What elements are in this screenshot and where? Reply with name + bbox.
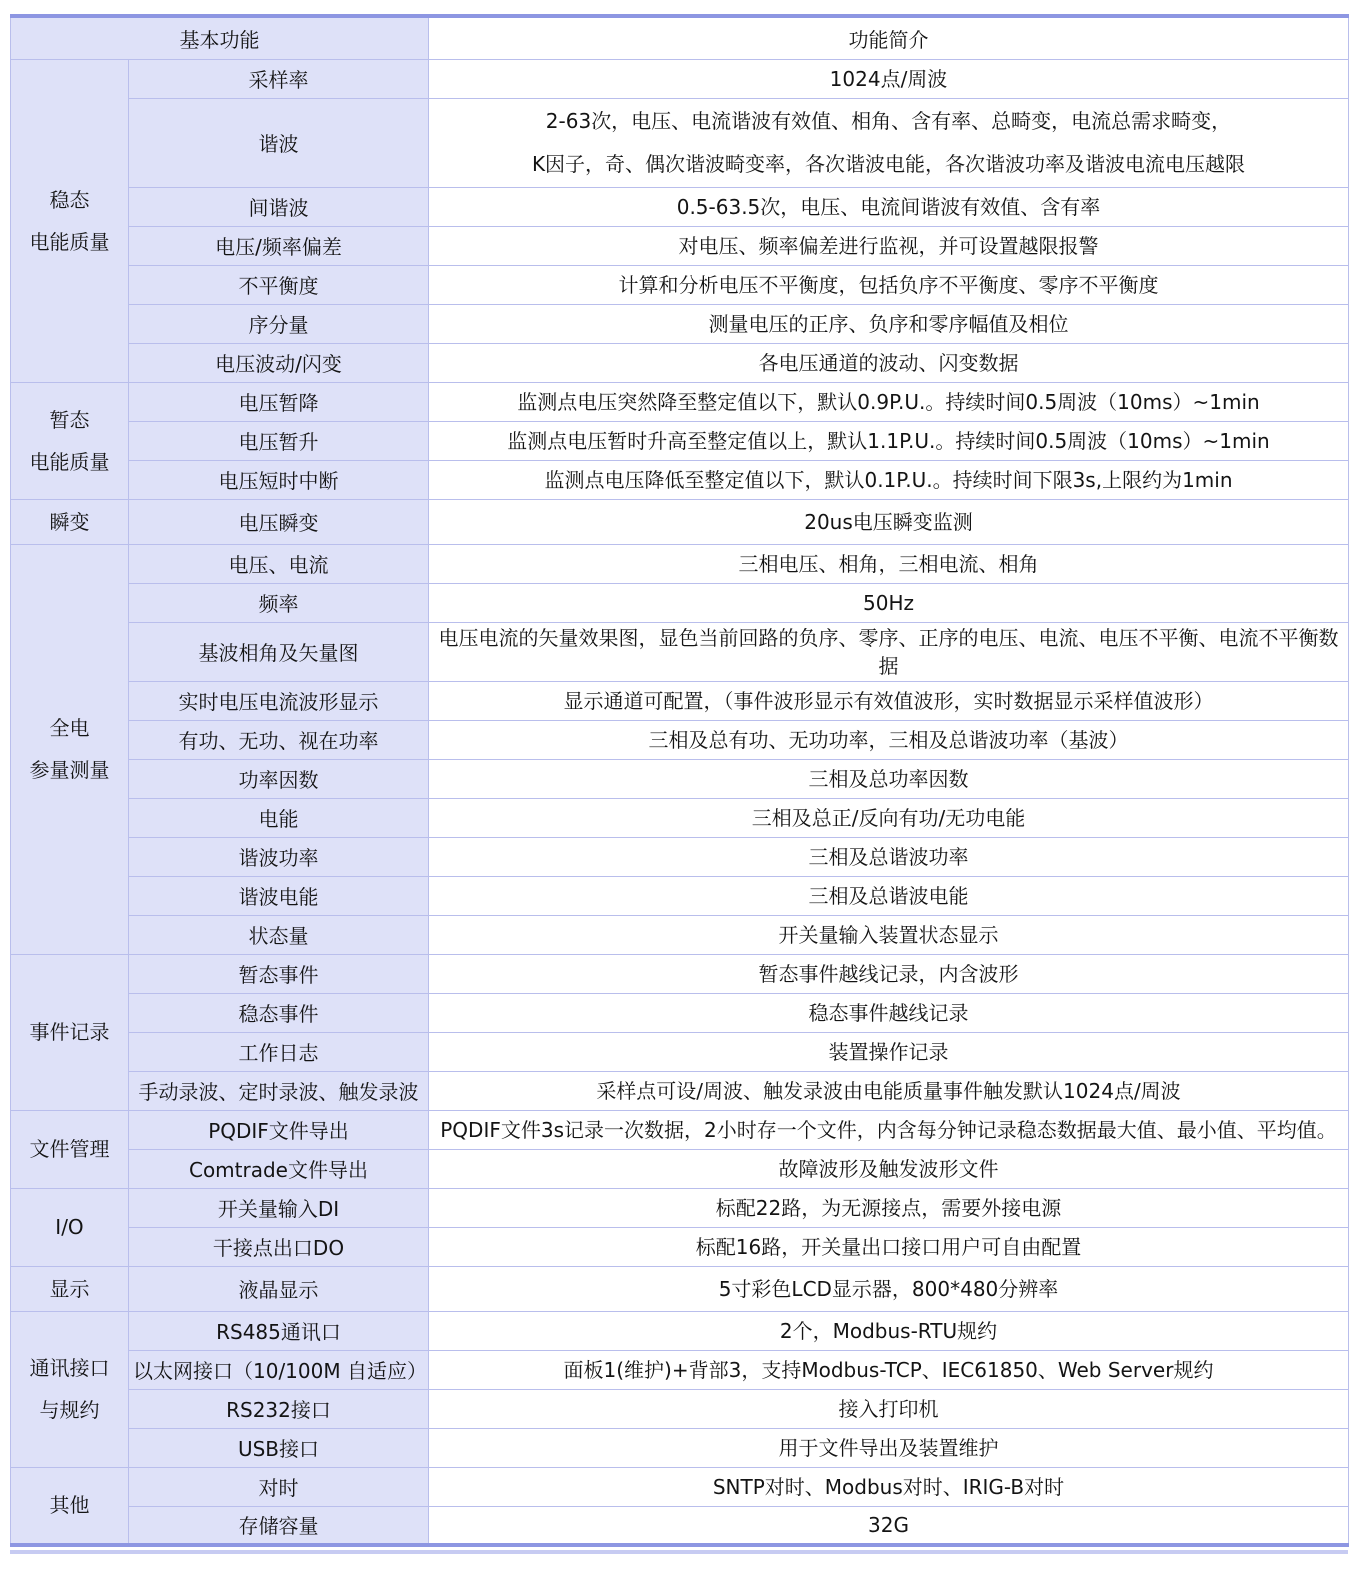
table-row: 间谐波0.5-63.5次，电压、电流间谐波有效值、含有率 [11, 187, 1349, 226]
feature-cell: 存储容量 [129, 1506, 429, 1545]
category-line: 暂态 [15, 399, 124, 441]
description-line: 装置操作记录 [433, 1038, 1344, 1066]
feature-cell: 工作日志 [129, 1032, 429, 1071]
description-line: 20us电压瞬变监测 [433, 508, 1344, 536]
feature-cell: 间谐波 [129, 187, 429, 226]
table-row: 谐波电能三相及总谐波电能 [11, 876, 1349, 915]
feature-cell: 电压短时中断 [129, 460, 429, 499]
description-line: 三相及总正/反向有功/无功电能 [433, 804, 1344, 832]
category-cell: 瞬变 [11, 499, 129, 544]
feature-cell: 电压瞬变 [129, 499, 429, 544]
category-line: 电能质量 [15, 441, 124, 483]
feature-cell: 暂态事件 [129, 954, 429, 993]
description-line: 三相及总谐波电能 [433, 882, 1344, 910]
description-cell: 2-63次，电压、电流谐波有效值、相角、含有率、总畸变，电流总需求畸变，K因子，… [429, 98, 1349, 187]
description-cell: 50Hz [429, 583, 1349, 622]
feature-cell: 功率因数 [129, 759, 429, 798]
description-line: 电压电流的矢量效果图，显色当前回路的负序、零序、正序的电压、电流、电压不平衡、电… [433, 624, 1344, 680]
description-cell: 32G [429, 1506, 1349, 1545]
description-cell: 接入打印机 [429, 1389, 1349, 1428]
category-cell: I/O [11, 1188, 129, 1266]
description-cell: 显示通道可配置，（事件波形显示有效值波形，实时数据显示采样值波形） [429, 681, 1349, 720]
table-row: 序分量测量电压的正序、负序和零序幅值及相位 [11, 304, 1349, 343]
description-line: 2-63次，电压、电流谐波有效值、相角、含有率、总畸变，电流总需求畸变， [433, 100, 1344, 143]
table-row: 全电参量测量电压、电流三相电压、相角，三相电流、相角 [11, 544, 1349, 583]
category-line: 其他 [15, 1484, 124, 1526]
table-row: 以太网接口（10/100M 自适应）面板1(维护)+背部3，支持Modbus-T… [11, 1350, 1349, 1389]
category-line: 全电 [15, 707, 124, 749]
header-function-intro: 功能简介 [429, 16, 1349, 59]
description-cell: 监测点电压暂时升高至整定值以上，默认1.1P.U.。持续时间0.5周波（10ms… [429, 421, 1349, 460]
feature-cell: 序分量 [129, 304, 429, 343]
description-line: SNTP对时、Modbus对时、IRIG-B对时 [433, 1473, 1344, 1501]
description-cell: 20us电压瞬变监测 [429, 499, 1349, 544]
category-cell: 显示 [11, 1266, 129, 1311]
feature-cell: 电压、电流 [129, 544, 429, 583]
feature-cell: 谐波 [129, 98, 429, 187]
description-cell: 各电压通道的波动、闪变数据 [429, 343, 1349, 382]
description-line: 标配22路，为无源接点，需要外接电源 [433, 1194, 1344, 1222]
feature-cell: 有功、无功、视在功率 [129, 720, 429, 759]
feature-cell: 基波相角及矢量图 [129, 622, 429, 681]
table-row: 有功、无功、视在功率三相及总有功、无功功率，三相及总谐波功率（基波） [11, 720, 1349, 759]
table-row: Comtrade文件导出故障波形及触发波形文件 [11, 1149, 1349, 1188]
table-row: 存储容量32G [11, 1506, 1349, 1545]
feature-cell: 液晶显示 [129, 1266, 429, 1311]
table-row: 显示液晶显示5寸彩色LCD显示器，800*480分辨率 [11, 1266, 1349, 1311]
category-line: 文件管理 [15, 1128, 124, 1170]
feature-cell: 电压暂升 [129, 421, 429, 460]
feature-cell: 干接点出口DO [129, 1227, 429, 1266]
description-cell: 5寸彩色LCD显示器，800*480分辨率 [429, 1266, 1349, 1311]
spec-table-body: 稳态电能质量采样率1024点/周波谐波2-63次，电压、电流谐波有效值、相角、含… [11, 59, 1349, 1545]
description-line: 标配16路，开关量出口接口用户可自由配置 [433, 1233, 1344, 1261]
description-cell: 监测点电压突然降至整定值以下，默认0.9P.U.。持续时间0.5周波（10ms）… [429, 382, 1349, 421]
category-line: 瞬变 [15, 501, 124, 543]
description-cell: 三相及总功率因数 [429, 759, 1349, 798]
description-cell: 标配22路，为无源接点，需要外接电源 [429, 1188, 1349, 1227]
description-line: 监测点电压突然降至整定值以下，默认0.9P.U.。持续时间0.5周波（10ms）… [433, 388, 1344, 416]
description-cell: 标配16路，开关量出口接口用户可自由配置 [429, 1227, 1349, 1266]
table-row: 工作日志装置操作记录 [11, 1032, 1349, 1071]
table-row: 谐波2-63次，电压、电流谐波有效值、相角、含有率、总畸变，电流总需求畸变，K因… [11, 98, 1349, 187]
category-line: 通讯接口 [15, 1347, 124, 1389]
description-cell: 采样点可设/周波、触发录波由电能质量事件触发默认1024点/周波 [429, 1071, 1349, 1110]
description-cell: SNTP对时、Modbus对时、IRIG-B对时 [429, 1467, 1349, 1506]
description-cell: 测量电压的正序、负序和零序幅值及相位 [429, 304, 1349, 343]
category-line: 电能质量 [15, 221, 124, 263]
feature-cell: 电压暂降 [129, 382, 429, 421]
description-line: 2个，Modbus-RTU规约 [433, 1317, 1344, 1345]
category-line: 参量测量 [15, 749, 124, 791]
description-cell: 2个，Modbus-RTU规约 [429, 1311, 1349, 1350]
table-row: 文件管理PQDIF文件导出PQDIF文件3s记录一次数据，2小时存一个文件，内含… [11, 1110, 1349, 1149]
feature-cell: 对时 [129, 1467, 429, 1506]
description-line: K因子，奇、偶次谐波畸变率，各次谐波电能，各次谐波功率及谐波电流电压越限 [433, 143, 1344, 186]
table-row: 电压/频率偏差对电压、频率偏差进行监视，并可设置越限报警 [11, 226, 1349, 265]
description-line: 稳态事件越线记录 [433, 999, 1344, 1027]
category-line: I/O [15, 1206, 124, 1248]
description-line: 面板1(维护)+背部3，支持Modbus-TCP、IEC61850、Web Se… [433, 1356, 1344, 1384]
description-cell: 故障波形及触发波形文件 [429, 1149, 1349, 1188]
description-line: 各电压通道的波动、闪变数据 [433, 349, 1344, 377]
table-row: 电能三相及总正/反向有功/无功电能 [11, 798, 1349, 837]
description-line: 三相及总谐波功率 [433, 843, 1344, 871]
description-cell: 暂态事件越线记录，内含波形 [429, 954, 1349, 993]
description-cell: 电压电流的矢量效果图，显色当前回路的负序、零序、正序的电压、电流、电压不平衡、电… [429, 622, 1349, 681]
table-row: 电压短时中断监测点电压降低至整定值以下，默认0.1P.U.。持续时间下限3s,上… [11, 460, 1349, 499]
feature-cell: 频率 [129, 583, 429, 622]
table-row: 基波相角及矢量图电压电流的矢量效果图，显色当前回路的负序、零序、正序的电压、电流… [11, 622, 1349, 681]
description-line: 暂态事件越线记录，内含波形 [433, 960, 1344, 988]
description-cell: 三相及总谐波功率 [429, 837, 1349, 876]
table-row: 状态量开关量输入装置状态显示 [11, 915, 1349, 954]
description-cell: PQDIF文件3s记录一次数据，2小时存一个文件，内含每分钟记录稳态数据最大值、… [429, 1110, 1349, 1149]
category-cell: 其他 [11, 1467, 129, 1545]
description-cell: 对电压、频率偏差进行监视，并可设置越限报警 [429, 226, 1349, 265]
description-line: 计算和分析电压不平衡度，包括负序不平衡度、零序不平衡度 [433, 271, 1344, 299]
category-line: 稳态 [15, 179, 124, 221]
description-line: 三相及总功率因数 [433, 765, 1344, 793]
description-cell: 三相电压、相角，三相电流、相角 [429, 544, 1349, 583]
description-line: 显示通道可配置，（事件波形显示有效值波形，实时数据显示采样值波形） [433, 687, 1344, 715]
description-line: 0.5-63.5次，电压、电流间谐波有效值、含有率 [433, 193, 1344, 221]
category-cell: 暂态电能质量 [11, 382, 129, 499]
table-row: 暂态电能质量电压暂降监测点电压突然降至整定值以下，默认0.9P.U.。持续时间0… [11, 382, 1349, 421]
category-cell: 通讯接口与规约 [11, 1311, 129, 1467]
spec-table-head: 基本功能 功能简介 [11, 16, 1349, 59]
table-row: 频率50Hz [11, 583, 1349, 622]
header-row: 基本功能 功能简介 [11, 16, 1349, 59]
feature-cell: 不平衡度 [129, 265, 429, 304]
category-line: 显示 [15, 1268, 124, 1310]
category-line: 与规约 [15, 1389, 124, 1431]
table-row: 事件记录暂态事件暂态事件越线记录，内含波形 [11, 954, 1349, 993]
description-line: 故障波形及触发波形文件 [433, 1155, 1344, 1183]
table-row: I/O开关量输入DI标配22路，为无源接点，需要外接电源 [11, 1188, 1349, 1227]
description-line: 开关量输入装置状态显示 [433, 921, 1344, 949]
description-cell: 计算和分析电压不平衡度，包括负序不平衡度、零序不平衡度 [429, 265, 1349, 304]
description-line: 接入打印机 [433, 1395, 1344, 1423]
table-row: 谐波功率三相及总谐波功率 [11, 837, 1349, 876]
feature-cell: PQDIF文件导出 [129, 1110, 429, 1149]
table-row: RS232接口接入打印机 [11, 1389, 1349, 1428]
description-line: 对电压、频率偏差进行监视，并可设置越限报警 [433, 232, 1344, 260]
feature-cell: 电压/频率偏差 [129, 226, 429, 265]
description-cell: 0.5-63.5次，电压、电流间谐波有效值、含有率 [429, 187, 1349, 226]
description-cell: 面板1(维护)+背部3，支持Modbus-TCP、IEC61850、Web Se… [429, 1350, 1349, 1389]
feature-cell: 谐波电能 [129, 876, 429, 915]
feature-cell: Comtrade文件导出 [129, 1149, 429, 1188]
description-cell: 稳态事件越线记录 [429, 993, 1349, 1032]
description-line: 测量电压的正序、负序和零序幅值及相位 [433, 310, 1344, 338]
description-line: 5寸彩色LCD显示器，800*480分辨率 [433, 1275, 1344, 1303]
feature-cell: 开关量输入DI [129, 1188, 429, 1227]
category-cell: 文件管理 [11, 1110, 129, 1188]
spec-table-wrap: 基本功能 功能简介 稳态电能质量采样率1024点/周波谐波2-63次，电压、电流… [10, 14, 1348, 1554]
description-cell: 监测点电压降低至整定值以下，默认0.1P.U.。持续时间下限3s,上限约为1mi… [429, 460, 1349, 499]
description-cell: 三相及总正/反向有功/无功电能 [429, 798, 1349, 837]
table-row: 干接点出口DO标配16路，开关量出口接口用户可自由配置 [11, 1227, 1349, 1266]
description-line: 三相电压、相角，三相电流、相角 [433, 550, 1344, 578]
table-row: 其他对时SNTP对时、Modbus对时、IRIG-B对时 [11, 1467, 1349, 1506]
table-row: 不平衡度计算和分析电压不平衡度，包括负序不平衡度、零序不平衡度 [11, 265, 1349, 304]
feature-cell: 状态量 [129, 915, 429, 954]
description-line: 用于文件导出及装置维护 [433, 1434, 1344, 1462]
table-row: 电压波动/闪变各电压通道的波动、闪变数据 [11, 343, 1349, 382]
feature-cell: 采样率 [129, 59, 429, 98]
header-basic-functions: 基本功能 [11, 16, 429, 59]
description-line: 1024点/周波 [433, 65, 1344, 93]
feature-cell: 电能 [129, 798, 429, 837]
category-cell: 事件记录 [11, 954, 129, 1110]
description-line: 50Hz [433, 589, 1344, 617]
table-row: 手动录波、定时录波、触发录波采样点可设/周波、触发录波由电能质量事件触发默认10… [11, 1071, 1349, 1110]
feature-cell: 稳态事件 [129, 993, 429, 1032]
feature-cell: 手动录波、定时录波、触发录波 [129, 1071, 429, 1110]
spec-table: 基本功能 功能简介 稳态电能质量采样率1024点/周波谐波2-63次，电压、电流… [10, 14, 1349, 1547]
table-bottom-accent [10, 1550, 1348, 1554]
feature-cell: RS485通讯口 [129, 1311, 429, 1350]
description-line: PQDIF文件3s记录一次数据，2小时存一个文件，内含每分钟记录稳态数据最大值、… [433, 1116, 1344, 1144]
description-cell: 1024点/周波 [429, 59, 1349, 98]
table-row: 电压暂升监测点电压暂时升高至整定值以上，默认1.1P.U.。持续时间0.5周波（… [11, 421, 1349, 460]
category-line: 事件记录 [15, 1011, 124, 1053]
feature-cell: 以太网接口（10/100M 自适应） [129, 1350, 429, 1389]
description-line: 32G [433, 1511, 1344, 1539]
table-row: 稳态事件稳态事件越线记录 [11, 993, 1349, 1032]
table-row: 稳态电能质量采样率1024点/周波 [11, 59, 1349, 98]
table-row: USB接口用于文件导出及装置维护 [11, 1428, 1349, 1467]
description-line: 三相及总有功、无功功率，三相及总谐波功率（基波） [433, 726, 1344, 754]
table-row: 功率因数三相及总功率因数 [11, 759, 1349, 798]
description-cell: 用于文件导出及装置维护 [429, 1428, 1349, 1467]
description-cell: 装置操作记录 [429, 1032, 1349, 1071]
category-cell: 稳态电能质量 [11, 59, 129, 382]
feature-cell: 实时电压电流波形显示 [129, 681, 429, 720]
table-row: 实时电压电流波形显示显示通道可配置，（事件波形显示有效值波形，实时数据显示采样值… [11, 681, 1349, 720]
description-line: 监测点电压降低至整定值以下，默认0.1P.U.。持续时间下限3s,上限约为1mi… [433, 466, 1344, 494]
category-cell: 全电参量测量 [11, 544, 129, 954]
description-cell: 三相及总有功、无功功率，三相及总谐波功率（基波） [429, 720, 1349, 759]
description-cell: 开关量输入装置状态显示 [429, 915, 1349, 954]
table-row: 瞬变电压瞬变20us电压瞬变监测 [11, 499, 1349, 544]
feature-cell: 谐波功率 [129, 837, 429, 876]
description-line: 采样点可设/周波、触发录波由电能质量事件触发默认1024点/周波 [433, 1077, 1344, 1105]
description-line: 监测点电压暂时升高至整定值以上，默认1.1P.U.。持续时间0.5周波（10ms… [433, 427, 1344, 455]
feature-cell: USB接口 [129, 1428, 429, 1467]
feature-cell: RS232接口 [129, 1389, 429, 1428]
feature-cell: 电压波动/闪变 [129, 343, 429, 382]
table-row: 通讯接口与规约RS485通讯口2个，Modbus-RTU规约 [11, 1311, 1349, 1350]
description-cell: 三相及总谐波电能 [429, 876, 1349, 915]
